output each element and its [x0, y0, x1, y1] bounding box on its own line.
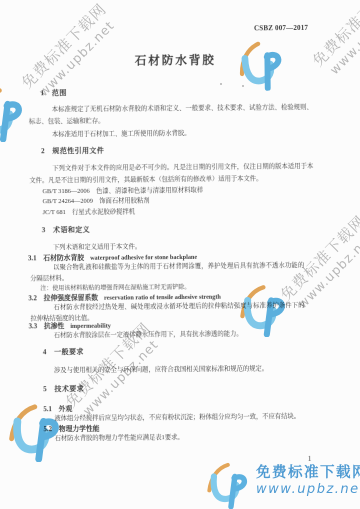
footer-logo-text: 免费标准下载网 www.upbz.net: [256, 461, 360, 509]
reference-item: JC/T 681 行星式水泥胶砂搅拌机: [43, 207, 204, 219]
clause1-heading: 1 范围: [41, 88, 67, 98]
term-3-1-definition-text: 以聚合物乳液和硅酸盐等为主体的用于石材背网涂覆，养护处理后具有抗渗不透水功能的分…: [30, 261, 304, 281]
term-3-3-definition-text: 石材防水背胶涂层在一定液体静水压作用下，具有抗水渗透的能力。: [54, 330, 243, 339]
clause5-heading: 5 技术要求: [43, 383, 84, 393]
clause4-paragraph: 涉及与使用相关的安全与环保问题，应符合我国相关国家标准和规范的规定。: [31, 362, 315, 376]
doc-number: CSBZ 007—2017: [254, 24, 308, 32]
clause1-p2: 本标准适用于石材加工、施工所使用的防水背胶。: [52, 129, 191, 137]
clause4-heading: 4 一般要求: [43, 346, 84, 356]
footer-site-name: 免费标准下载网: [256, 466, 360, 481]
clause3-heading: 3 术语和定义: [42, 224, 90, 234]
clause5-2-text: 石材防水背胶的物理力学性能应满足表1要求。: [55, 433, 184, 441]
reference-item: GB/T 3186—2006 色漆、清漆和色漆与清漆用原材料取样: [42, 186, 203, 198]
document-text-layer: CSBZ 007—2017 石材防水背胶 1 范围 本标准规定了无机石材防水背胶…: [0, 0, 360, 509]
clause5-2-paragraph: 石材防水背胶的物理力学性能应满足表1要求。: [32, 430, 316, 444]
clause5-1-heading: 5.1 外观: [43, 402, 72, 412]
term-3-1-definition: 以聚合物乳液和硅酸盐等为主体的用于石材背网涂覆，养护处理后具有抗渗不透水功能的分…: [30, 259, 304, 283]
footer-site-url: www.upbz.net: [256, 483, 360, 496]
clause2-heading: 2 规范性引用文件: [41, 146, 104, 157]
clause1-paragraph: 本标准适用于石材加工、施工所使用的防水背胶。: [29, 126, 313, 140]
clause2-paragraph: 下列文件对于本文件的应用是必不可少的。凡是注日期的引用文件，仅注日期的版本适用于…: [29, 160, 313, 187]
clause5-2-heading: 5.2 物理力学性能: [43, 422, 99, 432]
clause1-paragraph: 本标准规定了无机石材防水背胶的术语和定义、一般要求、技术要求、试验方法、检验规则…: [29, 102, 313, 128]
clause2-p1: 下列文件对于本文件的应用是必不可少的。凡是注日期的引用文件，仅注日期的版本适用于…: [29, 162, 313, 184]
page-title: 石材防水背胶: [0, 50, 352, 69]
footer-logo-lockup: 免费标准下载网 www.upbz.net: [196, 461, 360, 509]
term-3-3-heading: 3.3 抗渗性impermeability: [29, 319, 111, 330]
upbz-logo-icon: [196, 461, 252, 509]
clause1-p1: 本标准规定了无机石材防水背胶的术语和定义、一般要求、技术要求、试验方法、检验规则…: [29, 104, 313, 125]
clause3-intro-text: 下列术语和定义适用于本文件。: [53, 243, 141, 251]
clause4-p1: 涉及与使用相关的安全与环保问题，应符合我国相关国家标准和规范的规定。: [54, 365, 268, 374]
normative-references-list: GB/T 3186—2006 色漆、清漆和色漆与清漆用原材料取样 GB/T 24…: [42, 186, 203, 219]
term-3-3-definition: 石材防水背胶涂层在一定液体静水压作用下，具有抗水渗透的能力。: [31, 327, 305, 340]
clause5-1-text: 液体组分经搅拌后应呈均匀状态，不应有粉状沉淀；粉体组分应均匀一致，不应有结块。: [54, 412, 300, 421]
scanned-standard-page: 免费标准下载网 www.upbz.net 免费标准下载网 www.upbz.ne…: [0, 0, 360, 509]
